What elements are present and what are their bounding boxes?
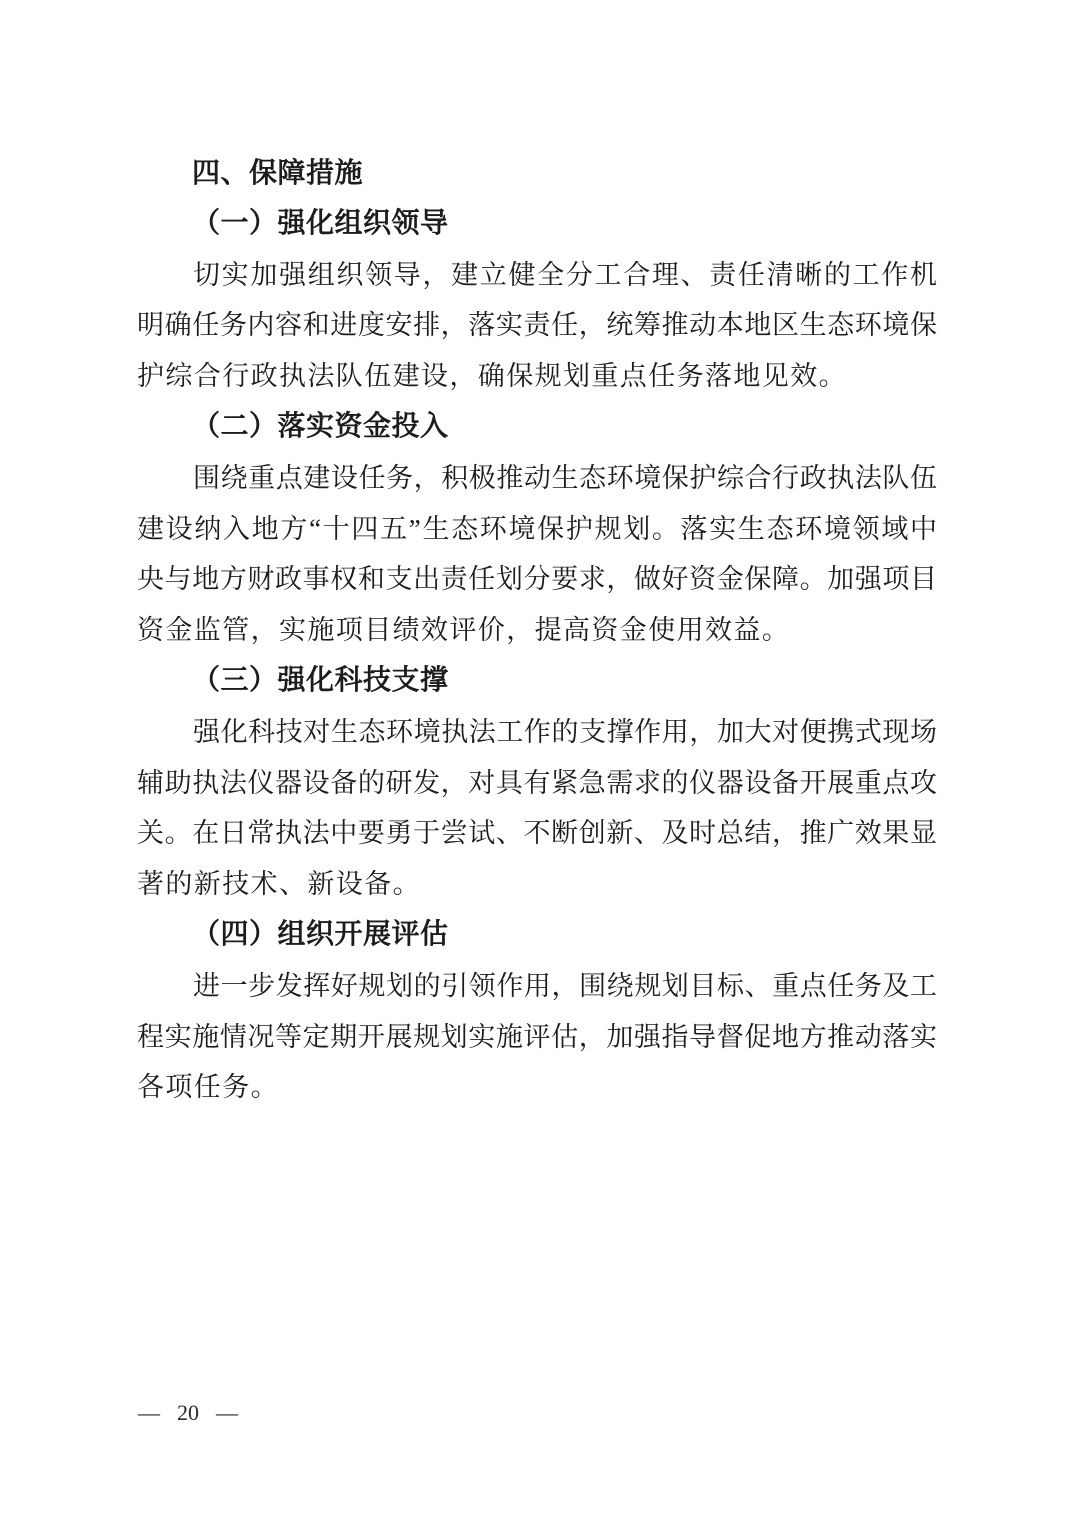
section-title: （四）组织开展评估 [137,910,937,961]
section-funding-investment: （二）落实资金投入 围绕重点建设任务，积极推动生态环境保护综合行政执法队伍 建设… [137,402,937,656]
paragraph-line: 关。在日常执法中要勇于尝试、不断创新、及时总结，推广效果显 [137,808,937,859]
page-footer: — 20 — [138,1398,238,1428]
footer-left-dash: — [138,1400,160,1426]
document-page: 四、保障措施 （一）强化组织领导 切实加强组织领导，建立健全分工合理、责任清晰的… [0,0,1074,1520]
section-title: （一）强化组织领导 [137,199,937,250]
document-content: 四、保障措施 （一）强化组织领导 切实加强组织领导，建立健全分工合理、责任清晰的… [137,148,937,1113]
section-title: （二）落实资金投入 [137,402,937,453]
paragraph-line: 强化科技对生态环境执法工作的支撑作用，加大对便携式现场 [137,707,937,758]
paragraph-line: 建设纳入地方“十四五”生态环境保护规划。落实生态环境领域中 [137,504,937,555]
paragraph-line: 程实施情况等定期开展规划实施评估，加强指导督促地方推动落实 [137,1012,937,1063]
paragraph-line: 围绕重点建设任务，积极推动生态环境保护综合行政执法队伍 [137,453,937,504]
paragraph-line: 护综合行政执法队伍建设，确保规划重点任务落地见效。 [137,351,937,402]
chapter-heading: 四、保障措施 [137,148,937,199]
paragraph-line: 著的新技术、新设备。 [137,859,937,910]
paragraph-line: 各项任务。 [137,1062,937,1113]
page-number: 20 [177,1400,199,1426]
section-organization-leadership: （一）强化组织领导 切实加强组织领导，建立健全分工合理、责任清晰的工作机制， 明… [137,199,937,402]
footer-right-dash: — [216,1400,238,1426]
paragraph-line: 切实加强组织领导，建立健全分工合理、责任清晰的工作机制， [137,250,937,301]
section-title: （三）强化科技支撑 [137,656,937,707]
paragraph-line: 进一步发挥好规划的引领作用，围绕规划目标、重点任务及工 [137,961,937,1012]
paragraph-line: 明确任务内容和进度安排，落实责任，统筹推动本地区生态环境保 [137,300,937,351]
paragraph-line: 央与地方财政事权和支出责任划分要求，做好资金保障。加强项目 [137,554,937,605]
section-technology-support: （三）强化科技支撑 强化科技对生态环境执法工作的支撑作用，加大对便携式现场 辅助… [137,656,937,910]
paragraph-line: 资金监管，实施项目绩效评价，提高资金使用效益。 [137,605,937,656]
section-evaluation: （四）组织开展评估 进一步发挥好规划的引领作用，围绕规划目标、重点任务及工 程实… [137,910,937,1113]
paragraph-line: 辅助执法仪器设备的研发，对具有紧急需求的仪器设备开展重点攻 [137,758,937,809]
